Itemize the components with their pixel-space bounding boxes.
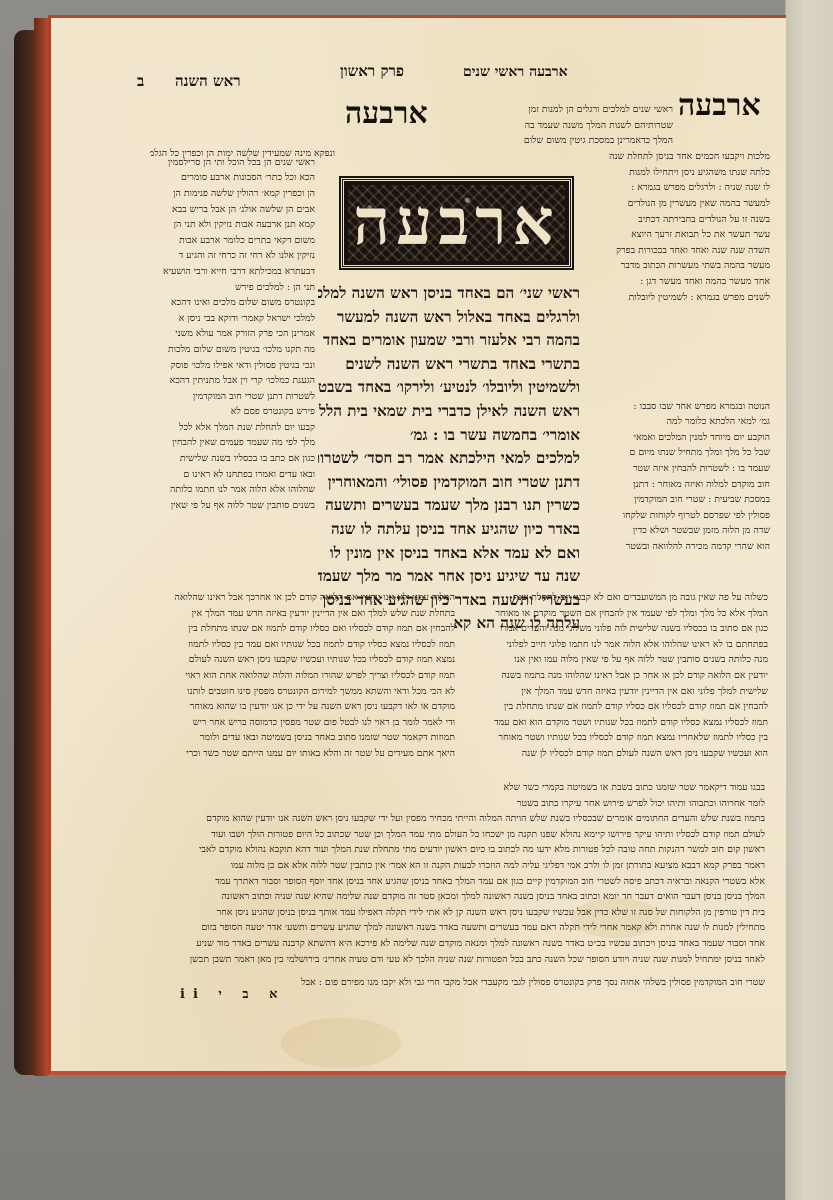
text-line: ודי לאמר לומר בן ראוי לנו לבטל פום שטר מ… (150, 715, 455, 731)
text-line: מתחילין למנות לו שנה אחרת ולא קאמר אחרי … (150, 920, 765, 936)
text-line: הוא ועכשיו שקבעו ניסן ראש השנה לעולם תמו… (463, 746, 768, 762)
decorated-initial-word: ארבעה (341, 178, 572, 268)
text-line: שבל כל מלך ומלך מתחיל שנתו מיום ם (590, 445, 770, 461)
text-line: ראשי שנים הן בכל הוכל ותי הן סרילסמין (150, 155, 315, 171)
main-text-line: ראש השנה לאילן כדברי בית שמאי בית הלל (318, 400, 580, 424)
text-line: בית דין טורפין מן הלקוחות של סנה זו שלא … (150, 905, 765, 921)
text-line: אבים הן שלשה אולנ׳ הן אבל בריש בבא (150, 202, 315, 218)
text-line: בתמוז בשנת שלש והעדים החתומים אומרים שבכ… (150, 811, 765, 827)
text-line: תמוז לכסליו נמצא כסליו קודם לתמוז בכל שנ… (463, 715, 768, 731)
text-line: אמרינן הכי פרק הזורק אמר עולא משני (150, 326, 315, 342)
text-line: בשנים סותבין שטר ללוה אף על פי שאין (150, 498, 315, 514)
text-line: תמוז קודם לכסליו וצריך לפרש שהורו המלוה … (150, 668, 455, 684)
text-line: מלך לפי מה שעמד פעמים שאין להבחין (150, 435, 315, 451)
text-line: שהלוהו אלא הלוה אמר לנו חתמו כלותה (150, 482, 315, 498)
text-line: קבעו יום לתחלת שנת המלך אלא לכל (150, 420, 315, 436)
main-text-line: ולשמיטין וליובלו׳ לנטיע׳ ולירקו׳ באחד בש… (318, 376, 580, 400)
main-text-line: בתשרי באחד בתשרי ראש השנה לשנים (318, 353, 580, 377)
text-line: הגענת כמלכו׳ קרי וין אבל מתניתין דהכא (150, 373, 315, 389)
text-line: לו שנה שניה : ולרגלים מפרש בגמרא : (590, 180, 770, 196)
text-line: ראשון קום חוב למשר דהנקות תחה טובה לכל פ… (150, 842, 765, 858)
text-line: בתחלת שנת שלש למלך ואם אין הדיינין יודעי… (150, 606, 455, 622)
text-line: הן וכפרין קמא׳ רהולין שלשה פנימות הן (150, 186, 315, 202)
text-line: דבעתרא במכילתא דרבי חייא ורבי הושעיא (150, 264, 315, 280)
text-line: מנה כלותה בשנים סותבין שטר ללוה אף על פי… (463, 652, 768, 668)
text-line: בפתחתם בו לא ראינו שהלוהו אלא הלוה אמר ל… (463, 637, 768, 653)
main-text-line: למלכים למאי הילכתא אמר רב חסד׳ לשטרות (318, 447, 580, 471)
running-header-tractate: ראש השנה (175, 72, 241, 91)
facing-page-edge (785, 0, 833, 1200)
text-line: להבחין אם תמוז קודם לכסליו ואם כסליו קוד… (150, 621, 455, 637)
text-line: כגון אם סתוב בו בכסליו בשנה שלישית לוה פ… (463, 621, 768, 637)
running-header-chapter: פרק ראשון (340, 62, 404, 81)
text-line: ונכי בגיטין פסולין ודאי אפילו מלכו׳ פוסק (150, 358, 315, 374)
page-edge-red-left (34, 18, 48, 1076)
text-line: המלוה עמנו ולא אנו יודעין אם הלואה קודם … (150, 590, 455, 606)
text-line: לשטרות דתנן שטרי חוב המוקדמין (150, 389, 315, 405)
main-text-line: ראשי שני׳ הם באחד בניסן ראש השנה למלכי׳ (318, 282, 580, 306)
text-line: קמא תנן ארבעה אבות נזיקין ולא תני הן (150, 217, 315, 233)
text-line: משום דקאי בתרים כלומר ארבע אבות (150, 233, 315, 249)
text-line: תמוז לכסליו נמצא כסליו קודם לתמוז בכל שנ… (150, 637, 455, 653)
text-line: נזיקין אלנו לא רחי זה כרחי זה והגיע ד (150, 248, 315, 264)
text-line: כגון אם כתב בו בכסליו בשנה שלישית (150, 451, 315, 467)
text-line: הכא וכל כתר׳ הסבונות ארבע סומרים (150, 170, 315, 186)
text-line: למעשר בהמה שאין מעשרין מן הנולדים (590, 196, 770, 212)
text-line: המלך בניסן בניסן דעבר הואים דעבר חד יומא… (150, 889, 765, 905)
main-text-line: כשרין תנו רבנן מלך שעמד בעשרים ותשעה (318, 494, 580, 518)
text-line: ראמר בפרק קמא דבבא מציעא בתורתן זמן לו ו… (150, 858, 765, 874)
text-line: לשנים מפרש בגמרא : לשמיטין ליובלות (590, 290, 770, 306)
text-line: יודעין אם הלואה קודם לכן או אחר כן אבל ר… (463, 668, 768, 684)
text-line: מעשר בהמה בשתי מעשרות הכתוב מדבר (590, 258, 770, 274)
text-line: כשלוה על פה שאין גובה מן המשועבדים ואם ל… (463, 590, 768, 606)
text-line: השדה שנה שנה ואחד ואחד בבכורות בפרק (590, 243, 770, 259)
text-line: חוב מוקדם למלוה ואיזה מאוחר : דתנן (590, 477, 770, 493)
text-line: ובאו עדים ואמרו בפתחנו לא ראינו ם (150, 467, 315, 483)
text-line: מוקדם או לאו דקבעו ניסן ראש השנה על ידי … (150, 699, 455, 715)
text-line: שעמד בו : לשטרות להבחין איזה שטר (590, 461, 770, 477)
folio-number: ב (137, 72, 144, 91)
commentary-bottom-right: כשלוה על פה שאין גובה מן המשועבדים ואם ל… (463, 590, 768, 770)
main-text-line: ואם לא עמד אלא באחד בניסן אין מונין לו (318, 542, 580, 566)
text-line: תני הן : למלכים פירש (150, 280, 315, 296)
text-line: להבחין אם תמוז קודם לכסליו אם כסליו קודם… (463, 699, 768, 715)
text-line: שלישית למלך פלוני ואם אין הדיינין יודעין… (463, 684, 768, 700)
initial-word-text: ארבעה (353, 191, 559, 255)
text-line: פירש בקונטרס פסם לא (150, 404, 315, 420)
main-text-line: דתנן שטרי חוב המוקדמין פסולי׳ והמאוחרין (318, 471, 580, 495)
main-text-line: שנה עד שיגיע ניסן אחר אמר מר מלך שעמד (318, 565, 580, 589)
text-line: פסולין לפי שפרסם לטרוף לקוחות שלקחו (590, 508, 770, 524)
commentary-right-column: . . מלכות ויקבעו חכמים אחד בניסן לתחלת ש… (590, 118, 770, 583)
text-line: לאחד בניסן ימתחיל למנות שנה שניה ויודע ה… (150, 952, 765, 968)
text-line: לעולם תמוז קודם לכסליו ותיהו עיקר פירושו… (150, 827, 765, 843)
text-line: נמצא תמוז קודם לכסליו בכל שנותיו ועכשיו … (150, 652, 455, 668)
text-line: לומר אחרוהו וכתבוהו ותיהו יכול לפרש פירו… (150, 796, 765, 812)
text-line: בקונטרס משום שלום מלכים ואינו דהכא (150, 295, 315, 311)
text-line: במסכת שביעית : שטרי חוב המוקדמין (590, 492, 770, 508)
text-line: בין כסליו לתמוז שלאחריו נמצא תמוז קודם ל… (463, 730, 768, 746)
main-text-line: באדר כיון שהגיע אחד בניסן עלתה לו שנה (318, 518, 580, 542)
text-line: הנוטה ובגמרא מפרש אחד שבו סבבו : (590, 399, 770, 415)
text-line: למלכי ישראל קאמר׳ ודוקא בבי ניסן א (150, 311, 315, 327)
text-line: לא הכי מכל ודאי והשתא ממשך למירום הקונטר… (150, 684, 455, 700)
text-line: בשנה זו על הנולדים בחבירתה דכתיב (590, 212, 770, 228)
text-line: כלתה שנתו משהגיע ניסן ויתחילו למנות (590, 165, 770, 181)
text-line: בבגו עמוד דיקאמר שטר שזמנו כתוב בשבת או … (150, 780, 765, 796)
text-line: ראשי שנים למלכים ורגלים הן למנות זמן (468, 102, 673, 118)
paper-stain (281, 1018, 401, 1068)
text-line: מלכות ויקבעו חכמים אחד בניסן לתחלת שנה (590, 149, 770, 165)
text-line: שדה מן הלוה מזמן שבשטר ושלא כדין (590, 523, 770, 539)
text-line: היאך אתם מעידים על שטר זה והלא באותו יום… (150, 746, 455, 762)
commentary-left-column: . . . ראשי שנים הן בכל הוכל ותי הן סרילס… (150, 108, 315, 578)
running-header-right: ארבעה ראשי שנים (463, 64, 568, 81)
text-line: הוקבע יום מיוחד למנין המלכים ואמאי (590, 430, 770, 446)
text-line: הוא שהרי קדמה מכירה להלוואה ובשטר (590, 539, 770, 555)
main-text-block: ראשי שני׳ הם באחד בניסן ראש השנה למלכי׳ … (318, 282, 580, 636)
text-line: עשר תעשר את כל תבואת זרעך היוצא (590, 227, 770, 243)
main-text-line: אומרי׳ בחמשה עשר בו : גמ׳ (318, 424, 580, 448)
text-line: אלא בשטרי הקנאה ובראיה דכתב פיסה לשטרי ח… (150, 874, 765, 890)
text-line: מה תקנו מלכו׳ בגיטין משום שלום מלכות (150, 342, 315, 358)
main-text-line: בהמה רבי אלעזר ורבי שמעון אומרים באחד (318, 329, 580, 353)
text-line: תמוזות דקאמר שטר שזמנו סתוב באחד בניסן ב… (150, 730, 455, 746)
commentary-heading-left: ארבעה (345, 96, 428, 131)
text-line: אחד מעשר בהמה ואחד מעשר דגן : (590, 274, 770, 290)
main-text-line: ולרגלים באחד באלול ראש השנה למעשר (318, 306, 580, 330)
text-line: המלך אלא כל מלך ומלך לפי שעמד אין להבחין… (463, 606, 768, 622)
text-line: גמ׳ למאי הלכתא כלומר למה (590, 414, 770, 430)
commentary-bottom-left: המלוה עמנו ולא אנו יודעין אם הלואה קודם … (150, 590, 455, 770)
text-line: אחד וסבור שעמד באחד בניסן ויכתוב עכשיו ב… (150, 936, 765, 952)
commentary-footer: בבגו עמוד דיקאמר שטר שזמנו כתוב בשבת או … (150, 780, 765, 970)
signature-marks: א ב י ii (180, 986, 286, 1002)
